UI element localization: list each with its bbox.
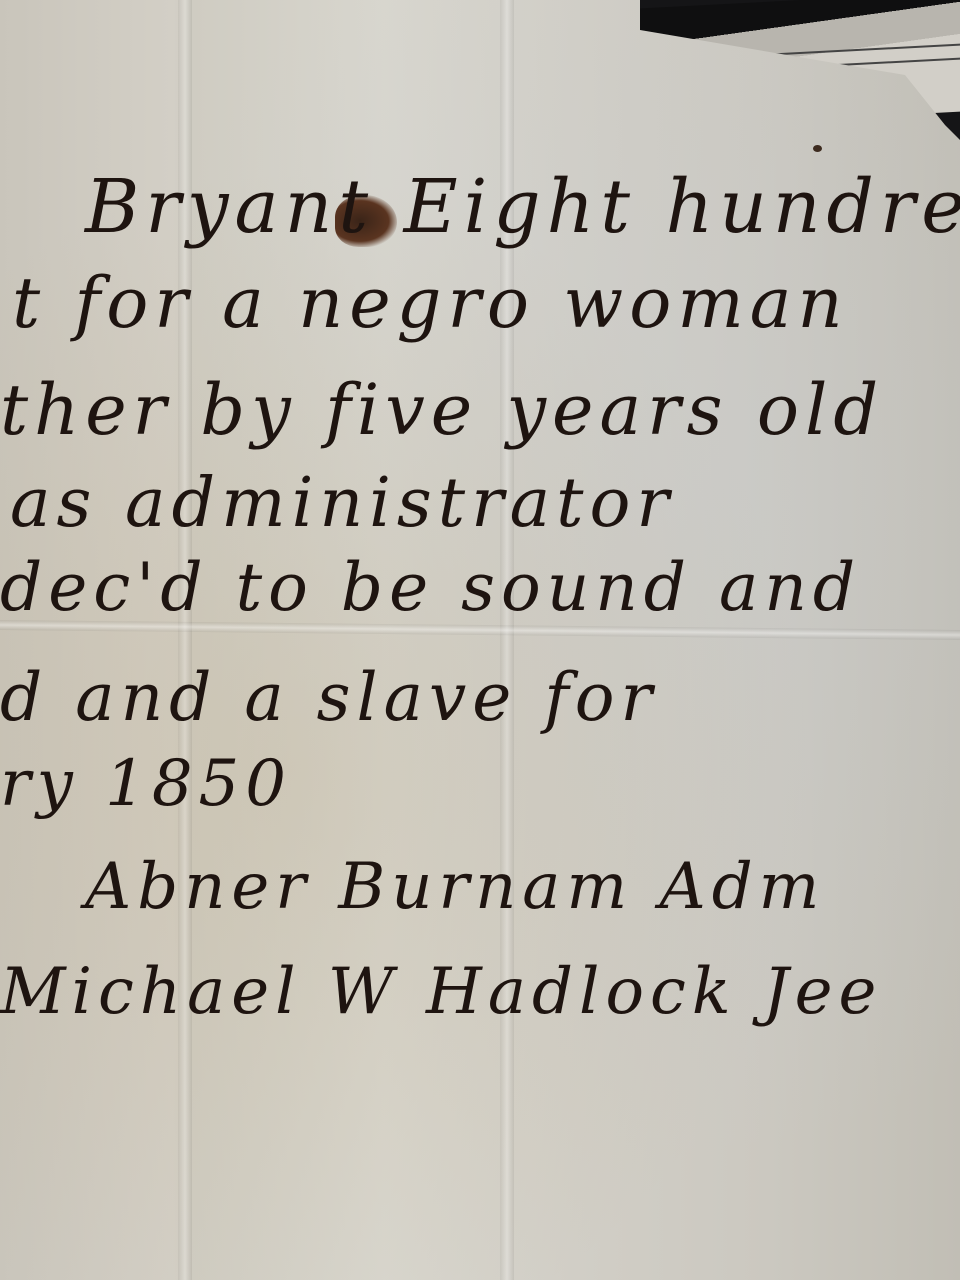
handwriting-line-2: t for a negro woman (12, 268, 849, 338)
paper-hole (813, 145, 822, 152)
handwriting-line-1: Bryant Eight hundred (85, 170, 960, 244)
handwriting-line-7-date: ry 1850 (0, 752, 292, 816)
handwriting-line-6: d and a slave for (0, 665, 658, 731)
administrator-signature: Abner Burnam Adm (85, 855, 825, 919)
handwriting-line-5: dec'd to be sound and (0, 555, 861, 621)
handwriting-line-4: as administrator (10, 470, 675, 538)
document-paper: Bryant Eight hundred t for a negro woman… (0, 0, 960, 1280)
handwriting-line-3: ther by five years old (0, 375, 884, 445)
witness-signature: Michael W Hadlock Jee (0, 960, 882, 1024)
